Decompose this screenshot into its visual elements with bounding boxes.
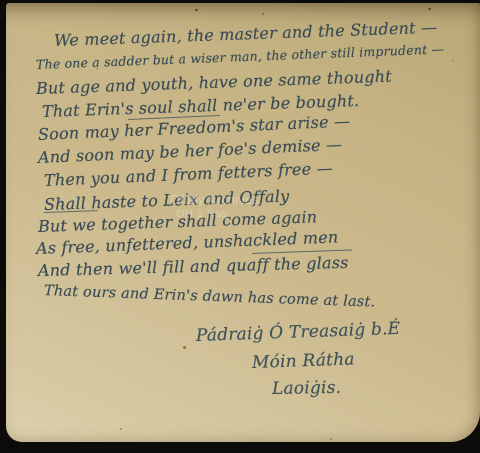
paper-speck [330,438,332,440]
paper-speck [120,428,122,430]
signature-line-place: Móin Rátha [252,349,355,373]
signature-line-county: Laoiġis. [272,378,341,399]
watermark: Offaly Archives OH 1 Pag [170,193,259,221]
paper-speck [60,205,62,207]
paper-speck [452,60,454,62]
watermark-line1: Offaly Archives [170,193,259,207]
paper-speck [183,346,186,349]
photo-of-album-page: We meet again, the master and the Studen… [0,0,480,453]
paper-speck [262,13,264,15]
watermark-line2: OH 1 Pag [170,207,259,221]
paper-speck [96,68,98,70]
paper-speck [428,8,431,10]
paper-speck [195,9,198,11]
